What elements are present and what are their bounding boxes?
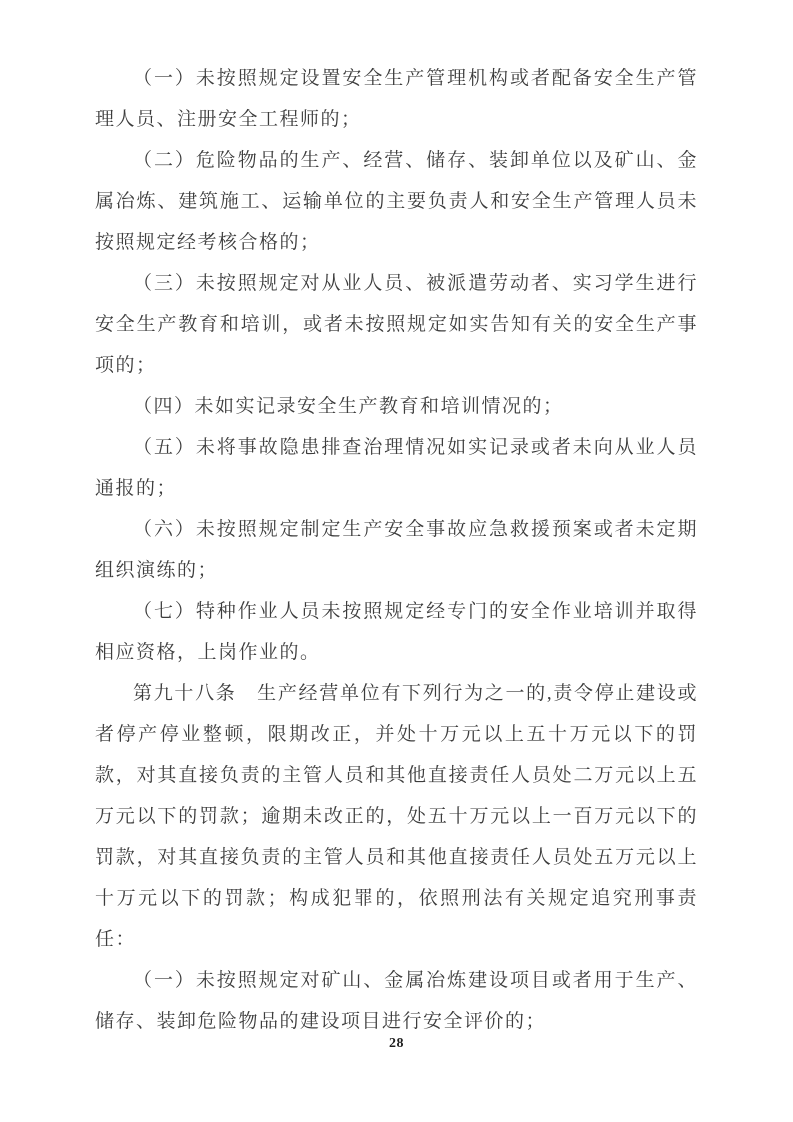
paragraph-item-7: （七）特种作业人员未按照规定经专门的安全作业培训并取得相应资格，上岗作业的。 xyxy=(95,591,698,673)
paragraph-article-98: 第九十八条 生产经营单位有下列行为之一的,责令停止建设或者停产停业整顿，限期改正… xyxy=(95,673,698,960)
paragraph-item-1: （一）未按照规定设置安全生产管理机构或者配备安全生产管理人员、注册安全工程师的； xyxy=(95,58,698,140)
paragraph-item-5: （五）未将事故隐患排查治理情况如实记录或者未向从业人员通报的； xyxy=(95,427,698,509)
paragraph-item-4: （四）未如实记录安全生产教育和培训情况的； xyxy=(95,386,698,427)
document-page: （一）未按照规定设置安全生产管理机构或者配备安全生产管理人员、注册安全工程师的；… xyxy=(0,0,793,1122)
page-number: 28 xyxy=(0,1036,793,1052)
paragraph-item-2: （二）危险物品的生产、经营、储存、装卸单位以及矿山、金属冶炼、建筑施工、运输单位… xyxy=(95,140,698,263)
paragraph-item-6: （六）未按照规定制定生产安全事故应急救援预案或者未定期组织演练的； xyxy=(95,509,698,591)
paragraph-item-98-1: （一）未按照规定对矿山、金属冶炼建设项目或者用于生产、储存、装卸危险物品的建设项… xyxy=(95,960,698,1042)
document-body: （一）未按照规定设置安全生产管理机构或者配备安全生产管理人员、注册安全工程师的；… xyxy=(95,58,698,1042)
paragraph-item-3: （三）未按照规定对从业人员、被派遣劳动者、实习学生进行安全生产教育和培训，或者未… xyxy=(95,263,698,386)
